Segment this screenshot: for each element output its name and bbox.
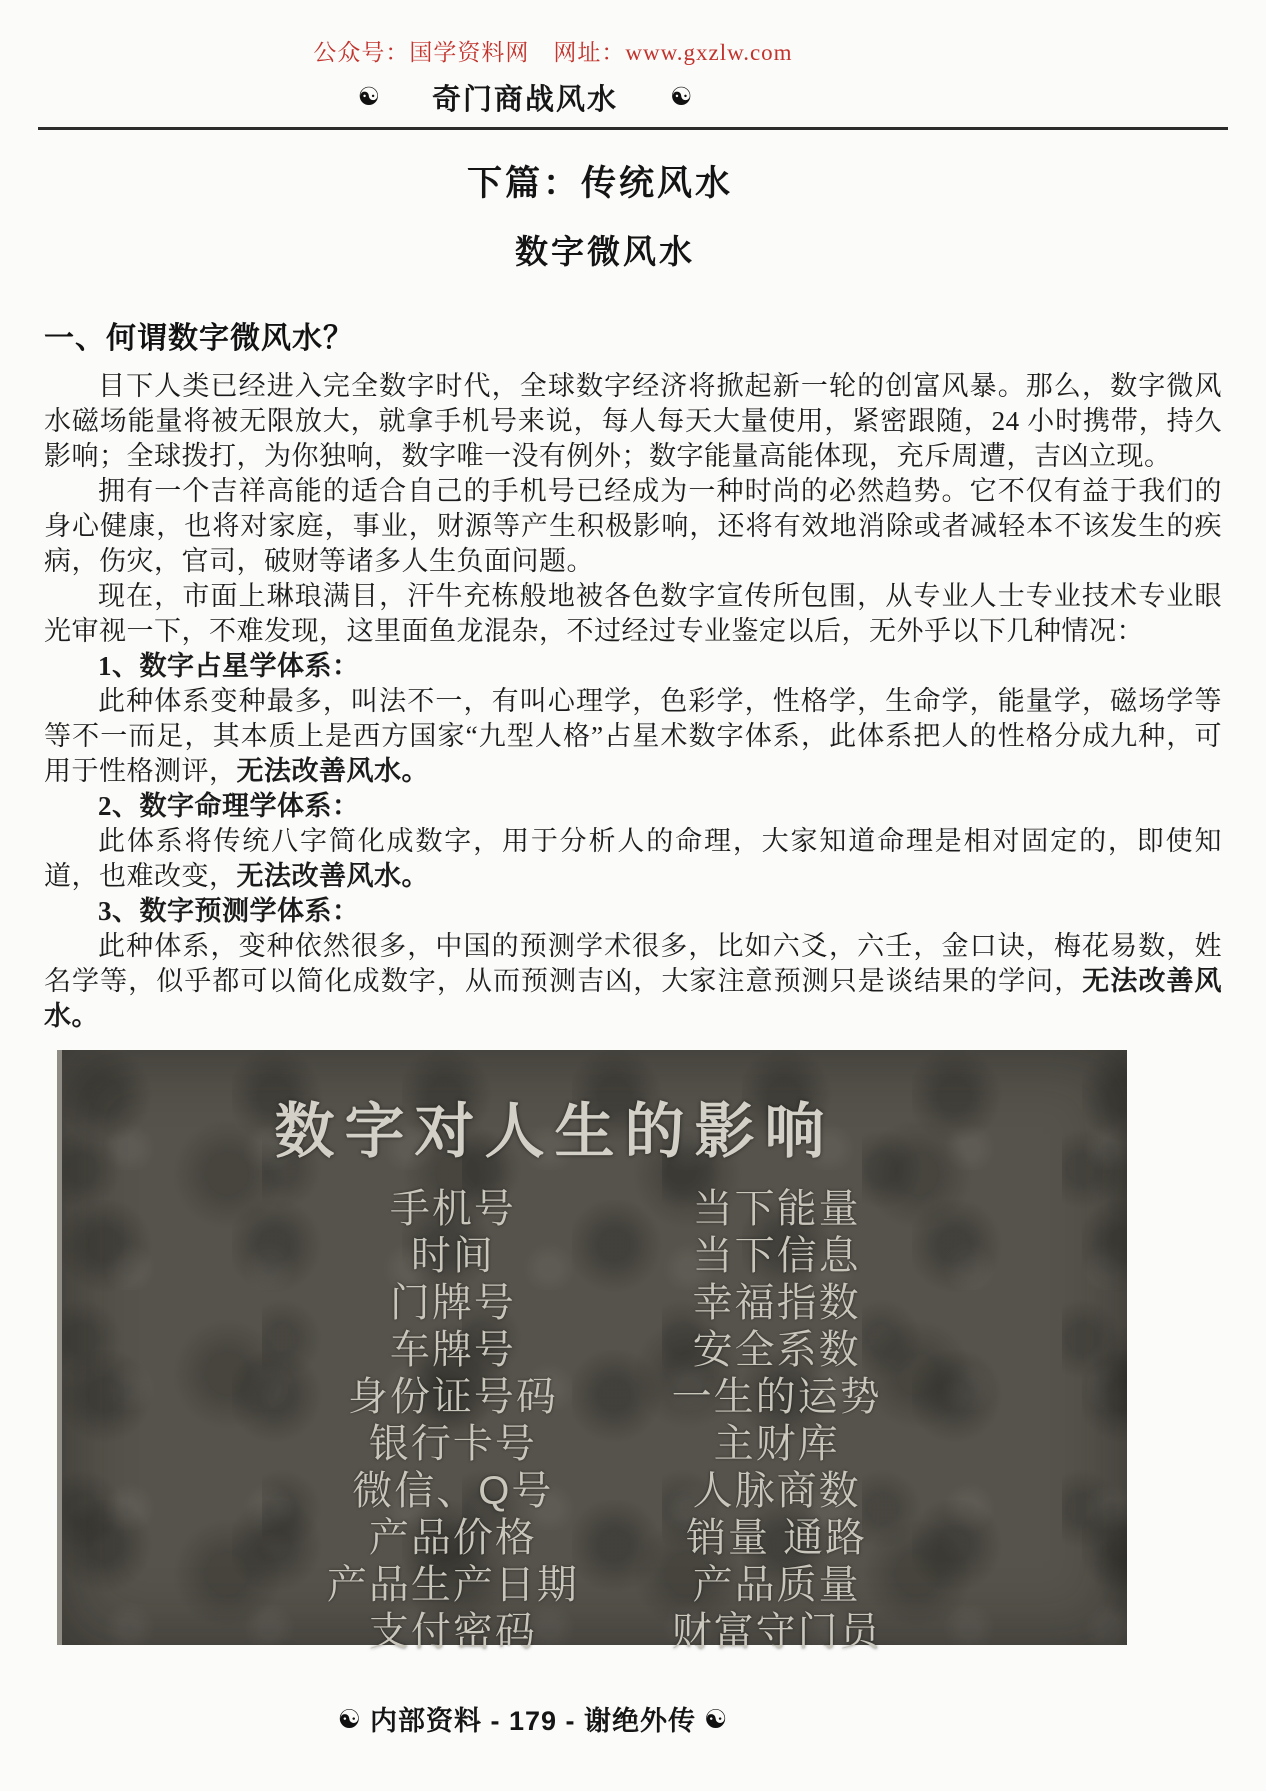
paragraph: 拥有一个吉祥高能的适合自己的手机号已经成为一种时尚的必然趋势。它不仅有益于我们的…: [44, 474, 1222, 579]
taiji-icon: ☯: [704, 1706, 728, 1732]
part-title: 下篇：传统风水: [0, 156, 1233, 206]
figure-row: 手机号当下能量: [62, 1186, 1127, 1233]
system-3-body: 此种体系，变种依然很多，中国的预测学术很多，比如六爻，六壬，金口诀，梅花易数，姓…: [44, 931, 1222, 996]
page-footer: ☯ 内部资料 - 179 - 谢绝外传 ☯: [0, 1699, 1166, 1738]
system-3-paragraph: 此种体系，变种依然很多，中国的预测学术很多，比如六爻，六壬，金口诀，梅花易数，姓…: [44, 929, 1222, 1034]
figure-row: 支付密码财富守门员: [62, 1609, 1127, 1656]
taiji-icon: ☯: [338, 1706, 362, 1732]
system-3-heading: 3、数字预测学体系：: [44, 894, 1222, 929]
figure-row: 银行卡号主财库: [62, 1421, 1127, 1468]
header-divider: [38, 127, 1228, 130]
figure-row: 时间当下信息: [62, 1233, 1127, 1280]
figure-title: 数字对人生的影响: [22, 1050, 1087, 1170]
figure-item-left: 产品生产日期: [291, 1562, 615, 1609]
figure-item-right: 幸福指数: [615, 1280, 939, 1327]
running-head: ☯ 奇门商战风水 ☯: [0, 77, 1158, 118]
figure-item-right: 人脉商数: [615, 1468, 939, 1515]
paragraph: 目下人类已经进入完全数字时代，全球数字经济将掀起新一轮的创富风暴。那么，数字微风…: [44, 369, 1222, 474]
system-2-body: 此体系将传统八字简化成数字，用于分析人的命理，大家知道命理是相对固定的，即使知道…: [44, 826, 1222, 891]
system-1-bold: 无法改善风水。: [237, 756, 430, 786]
section-heading: 一、何谓数字微风水？: [44, 313, 1266, 357]
publisher-header: 公众号：国学资料网 网址：www.gxzlw.com: [0, 34, 1186, 67]
system-2-heading: 2、数字命理学体系：: [44, 789, 1222, 824]
figure-row: 身份证号码一生的运势: [62, 1374, 1127, 1421]
figure-row: 产品价格销量 通路: [62, 1515, 1127, 1562]
figure-item-left: 银行卡号: [291, 1421, 615, 1468]
system-1-paragraph: 此种体系变种最多，叫法不一，有叫心理学，色彩学，性格学，生命学，能量学，磁场学等…: [44, 684, 1222, 789]
figure-item-right: 财富守门员: [615, 1609, 939, 1656]
figure-item-right: 当下能量: [615, 1186, 939, 1233]
figure-row: 车牌号安全系数: [62, 1327, 1127, 1374]
footer-text: 内部资料 - 179 - 谢绝外传: [370, 1699, 696, 1738]
taiji-icon: ☯: [358, 85, 380, 110]
figure-item-left: 门牌号: [291, 1280, 615, 1327]
figure-grid: 手机号当下能量时间当下信息门牌号幸福指数车牌号安全系数身份证号码一生的运势银行卡…: [62, 1186, 1127, 1656]
figure-item-left: 时间: [291, 1233, 615, 1280]
figure-item-right: 销量 通路: [615, 1515, 939, 1562]
book-title: 奇门商战风水: [432, 77, 618, 118]
figure-digital-influence: 数字对人生的影响 手机号当下能量时间当下信息门牌号幸福指数车牌号安全系数身份证号…: [57, 1050, 1127, 1645]
figure-item-right: 一生的运势: [615, 1374, 939, 1421]
figure-item-left: 车牌号: [291, 1327, 615, 1374]
figure-item-right: 主财库: [615, 1421, 939, 1468]
system-2-paragraph: 此体系将传统八字简化成数字，用于分析人的命理，大家知道命理是相对固定的，即使知道…: [44, 824, 1222, 894]
publisher-header-text: 公众号：国学资料网 网址：www.gxzlw.com: [313, 40, 792, 65]
figure-row: 产品生产日期产品质量: [62, 1562, 1127, 1609]
system-1-heading: 1、数字占星学体系：: [44, 649, 1222, 684]
figure-item-left: 身份证号码: [291, 1374, 615, 1421]
figure-item-right: 产品质量: [615, 1562, 939, 1609]
system-2-bold: 无法改善风水。: [237, 861, 430, 891]
figure-row: 门牌号幸福指数: [62, 1280, 1127, 1327]
figure-item-left: 支付密码: [291, 1609, 615, 1656]
system-1-body: 此种体系变种最多，叫法不一，有叫心理学，色彩学，性格学，生命学，能量学，磁场学等…: [44, 686, 1222, 786]
body-text: 目下人类已经进入完全数字时代，全球数字经济将掀起新一轮的创富风暴。那么，数字微风…: [44, 369, 1222, 1034]
chapter-title: 数字微风水: [0, 226, 1238, 273]
figure-item-right: 当下信息: [615, 1233, 939, 1280]
paragraph: 现在，市面上琳琅满目，汗牛充栋般地被各色数字宣传所包围，从专业人士专业技术专业眼…: [44, 579, 1222, 649]
figure-item-right: 安全系数: [615, 1327, 939, 1374]
taiji-icon: ☯: [670, 85, 692, 110]
figure-item-left: 手机号: [291, 1186, 615, 1233]
figure-item-left: 产品价格: [291, 1515, 615, 1562]
figure-row: 微信、Q号人脉商数: [62, 1468, 1127, 1515]
figure-item-left: 微信、Q号: [291, 1468, 615, 1515]
